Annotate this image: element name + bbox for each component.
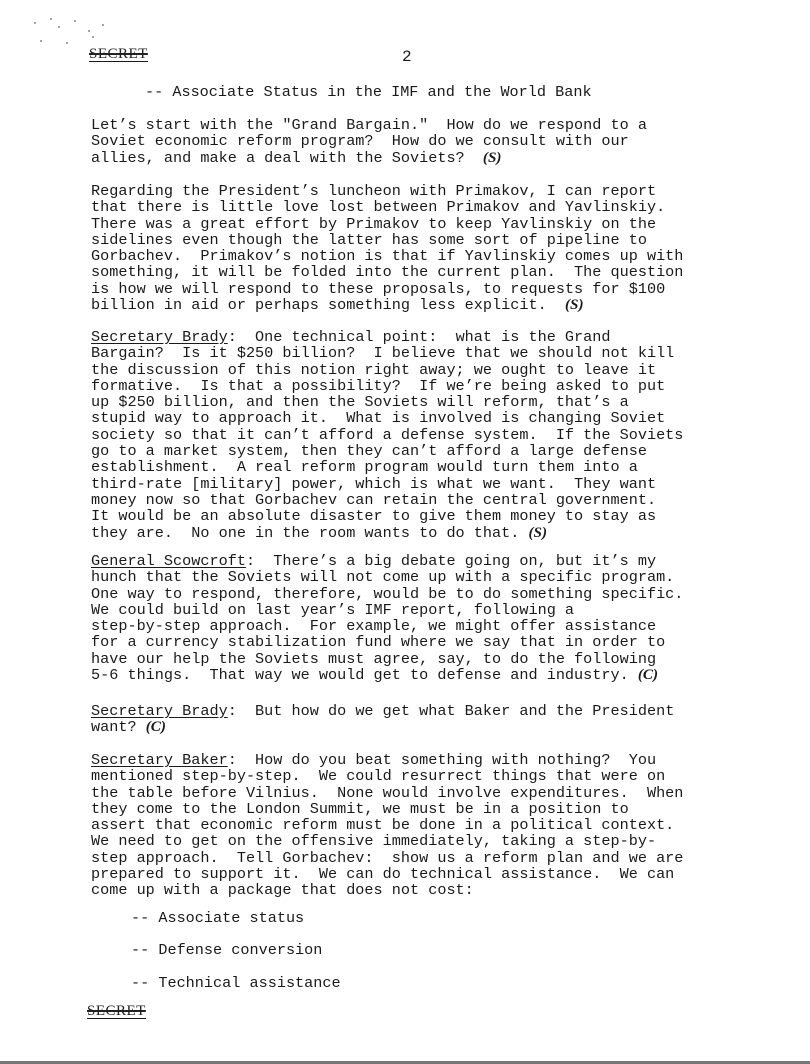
text-line: Bargain? Is it $250 billion? I believe t… (91, 345, 731, 361)
text-line: they are. No one in the room wants to do… (91, 525, 731, 541)
speaker-name: Secretary Brady (91, 328, 228, 346)
package-item: -- Technical assistance (131, 974, 341, 992)
text-line: Let’s start with the "Grand Bargain." Ho… (91, 117, 731, 133)
text-line: the discussion of this notion right away… (91, 362, 731, 378)
package-item: -- Defense conversion (131, 941, 322, 959)
speaker-paragraph: Secretary Brady: One technical point: wh… (91, 329, 731, 541)
text-line: Secretary Brady: But how do we get what … (91, 703, 731, 719)
text-line: step approach. Tell Gorbachev: show us a… (91, 850, 731, 866)
speaker-paragraph: Secretary Baker: How do you beat somethi… (91, 752, 731, 899)
paragraph-classification-marking: (C) (146, 718, 166, 735)
text-line: stupid way to approach it. What is invol… (91, 410, 731, 426)
text-line: the table before Vilnius. None would inv… (91, 785, 731, 801)
text-line: billion in aid or perhaps something less… (91, 297, 731, 313)
text-line: One way to respond, therefore, would be … (91, 586, 731, 602)
text-line: It would be an absolute disaster to give… (91, 508, 731, 524)
text-line: for a currency stabilization fund where … (91, 634, 731, 650)
paragraph-classification-marking: (C) (638, 666, 658, 683)
text-line: assert that economic reform must be done… (91, 817, 731, 833)
text-line: We need to get on the offensive immediat… (91, 833, 731, 849)
text-line: allies, and make a deal with the Soviets… (91, 150, 731, 166)
paragraph-classification-marking: (S) (483, 149, 502, 166)
narrative-paragraph: Let’s start with the "Grand Bargain." Ho… (91, 117, 731, 166)
text-line: third-rate [military] power, which is wh… (91, 476, 731, 492)
text-line: come up with a package that does not cos… (91, 882, 731, 898)
text-line: sidelines even though the latter has som… (91, 232, 731, 248)
text-line: General Scowcroft: There’s a big debate … (91, 553, 731, 569)
speaker-name: Secretary Baker (91, 751, 228, 769)
text-line: have our help the Soviets must agree, sa… (91, 651, 731, 667)
speaker-paragraph: General Scowcroft: There’s a big debate … (91, 553, 731, 683)
text-line: go to a market system, then they can’t a… (91, 443, 731, 459)
paragraph-classification-marking: (S) (528, 524, 547, 541)
text-line: 5-6 things. That way we would get to def… (91, 667, 731, 683)
speaker-name: General Scowcroft (91, 552, 246, 570)
text-line: is how we will respond to these proposal… (91, 281, 731, 297)
text-line: hunch that the Soviets will not come up … (91, 569, 731, 585)
text-line: formative. Is that a possibility? If we’… (91, 378, 731, 394)
package-item: -- Associate status (131, 909, 304, 927)
text-line: something, it will be folded into the cu… (91, 264, 731, 280)
text-line: step-by-step approach. For example, we m… (91, 618, 731, 634)
text-line: prepared to support it. We can do techni… (91, 866, 731, 882)
text-line: want? (C) (91, 719, 731, 735)
classification-marking-header: SECRET (89, 48, 148, 62)
speaker-name: Secretary Brady (91, 702, 228, 720)
text-line: up $250 billion, and then the Soviets wi… (91, 394, 731, 410)
classification-marking-footer: SECRET (87, 1005, 146, 1019)
narrative-paragraph: Regarding the President’s luncheon with … (91, 183, 731, 313)
paragraph-classification-marking: (S) (565, 296, 584, 313)
text-line: Gorbachev. Primakov’s notion is that if … (91, 248, 731, 264)
intro-bullet-item: -- Associate Status in the IMF and the W… (145, 83, 592, 101)
text-line: that there is little love lost between P… (91, 199, 731, 215)
speaker-paragraph: Secretary Brady: But how do we get what … (91, 703, 731, 736)
text-line: We could build on last year’s IMF report… (91, 602, 731, 618)
text-line: There was a great effort by Primakov to … (91, 216, 731, 232)
text-line: Soviet economic reform program? How do w… (91, 133, 731, 149)
text-line: Secretary Baker: How do you beat somethi… (91, 752, 731, 768)
text-line: establishment. A real reform program wou… (91, 459, 731, 475)
text-line: society so that it can’t afford a defens… (91, 427, 731, 443)
page-number: 2 (402, 48, 412, 66)
text-line: they come to the London Summit, we must … (91, 801, 731, 817)
text-line: Secretary Brady: One technical point: wh… (91, 329, 731, 345)
text-line: money now so that Gorbachev can retain t… (91, 492, 731, 508)
document-page: SECRET 2 -- Associate Status in the IMF … (0, 0, 810, 1064)
text-line: mentioned step-by-step. We could resurre… (91, 768, 731, 784)
text-line: Regarding the President’s luncheon with … (91, 183, 731, 199)
